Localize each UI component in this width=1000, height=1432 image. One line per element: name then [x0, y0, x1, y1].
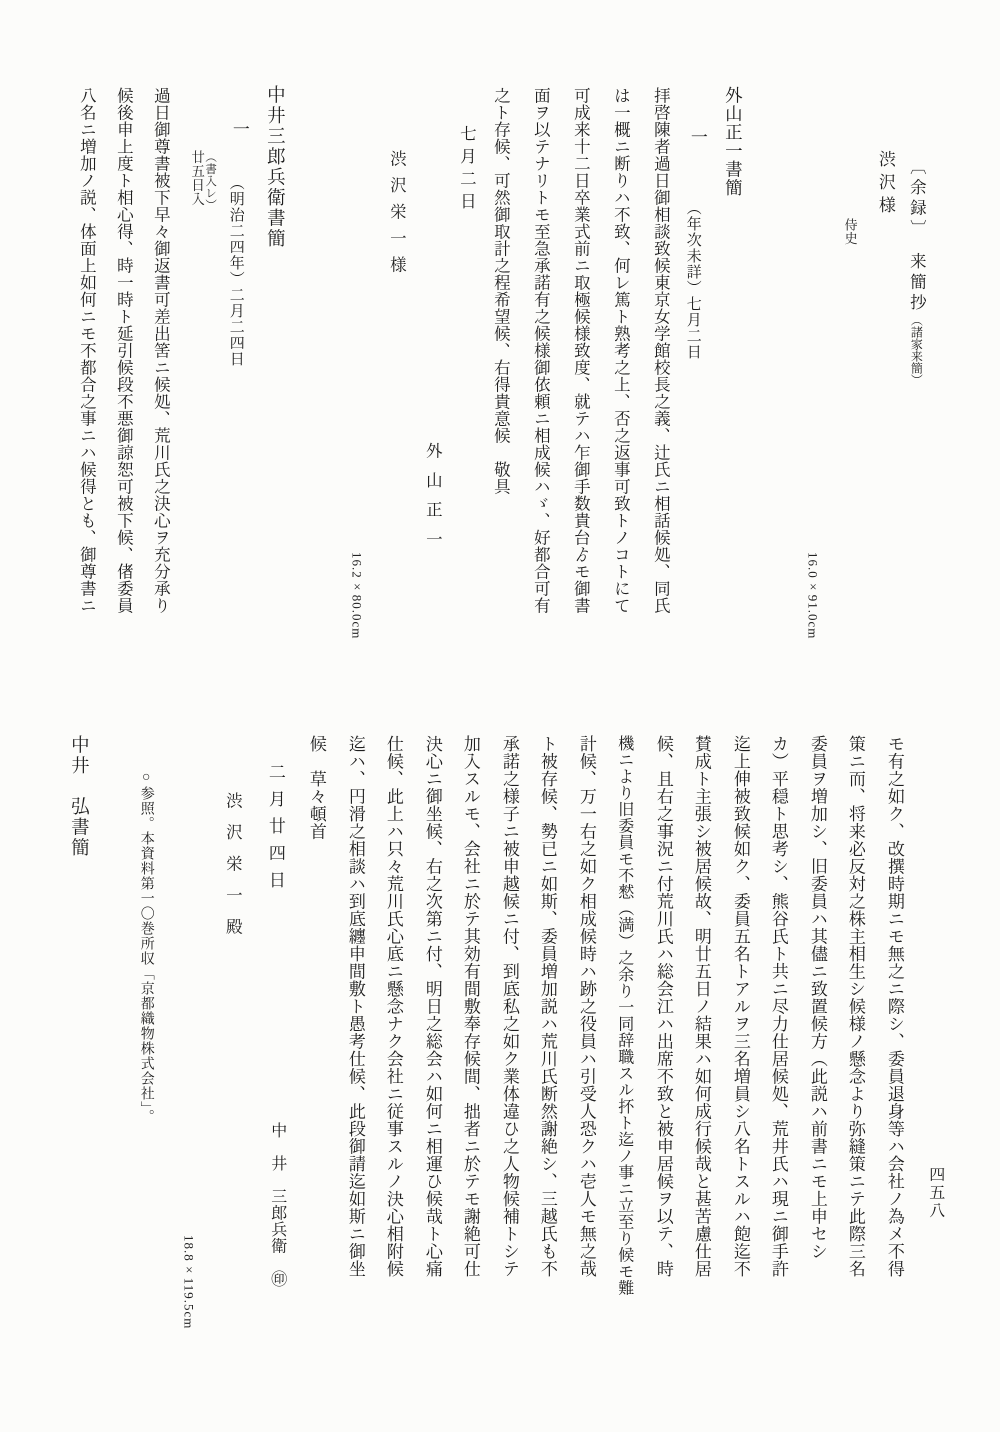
letter-body-line: 過日御尊書被下早々御返書可差出筈ニ候処、荒川氏之決心ヲ充分承り [152, 87, 169, 614]
letter-body-line: 承諾之様子ニ被申越候ニ付、到底私之如ク業体違ひ之人物候補トシテ [500, 735, 518, 1278]
running-head-sub: （諸家来簡） [909, 314, 923, 386]
letter-body-line: 計候、万一右之如ク相成候時ハ跡之役員ハ引受人恐クハ壱人モ無之哉 [577, 735, 595, 1278]
letter-body-line: 迄ハ、円滑之相談ハ到底纏申間敷ト愚考仕候、此段御請迄如斯ニ御坐 [346, 735, 364, 1278]
letter-body-line: モ有之如ク、改撰時期ニモ無之ニ際シ、委員退身等ハ会社ノ為メ不得 [885, 735, 903, 1278]
document-size-2: 16.2×80.0cm [350, 552, 364, 639]
section-heading-toyama: 外山正一書簡 [724, 86, 742, 197]
letter-body-line: 候後申上度ト相心得、時一時ト延引候段不悪御諒恕可被下候、偖委員 [115, 87, 132, 614]
letter-body-line: 迄上伸被致候如ク、委員五名トアルヲ三名増員シ八名トスルハ飽迄不 [731, 735, 749, 1278]
letter-body-line: 候、且右之事況ニ付荒川氏ハ総会江ハ出席不致と被申居候ヲ以テ、時 [654, 735, 672, 1278]
letter-body-line: 加入スルモ、会社ニ於テ其効有間敷奉存候間、拙者ニ於テモ謝絶可仕 [461, 735, 479, 1278]
nakai-letter-date: 二月廿四日 [266, 763, 284, 898]
nakai-letter-addressee: 渋沢栄一殿 [224, 792, 241, 950]
toyama-letter-addressee: 渋沢栄一様 [388, 150, 405, 283]
nakai-letter-dateline: （明治二四年）二月二四日 [227, 175, 243, 367]
letter-body-line: 委員ヲ増加シ、旧委員ハ其儘ニ致置候方（此説ハ前書ニモ上申セシ [808, 735, 826, 1260]
running-head-main: 〔余録〕 来簡抄 [907, 158, 926, 314]
letter-body-line: 賛成ト主張シ被居候故、明廿五日ノ結果ハ如何成行候哉と甚苦慮仕居 [692, 735, 710, 1278]
document-size-1: 16.0×91.0cm [806, 552, 820, 639]
letter-body-line: ト被存候、勢已ニ如斯、委員増加説ハ荒川氏断然謝絶シ、三越氏も不 [538, 735, 556, 1278]
letter-body-line: 決心ニ御坐候、右之次第ニ付、明日之総会ハ如何ニ相運ひ候哉ト心痛 [423, 735, 441, 1278]
letter-body-line: 面ヲ以テナリトモ至急承諾有之候様御依頼ニ相成候ハゞ、好都合可有 [532, 87, 549, 614]
letter-body-line: 策ニ而、将来必反対之株主相生シ候様ノ懸念より弥縫策ニテ此際三名 [846, 735, 864, 1278]
nakai-letter-number: 一 [230, 120, 248, 138]
letter-body-line: 之ト存候、可然御取計之程希望候、右得貴意候 敬具 [492, 87, 509, 495]
cover-recipient-honorific: 侍史 [843, 218, 857, 245]
letter-body-line: 可成来十二日卒業式前ニ取極候様致度、就テハ乍御手数貴台ゟモ御書 [572, 87, 589, 614]
letter-body-line: 候 草々頓首 [307, 735, 325, 840]
page-number: 四五八 [926, 1166, 943, 1220]
letter-body-line: カ）平穏ト思考シ、熊谷氏ト共ニ尽力仕居候処、荒井氏ハ現ニ御手許 [769, 735, 787, 1278]
toyama-letter-date: 七月二日 [458, 125, 475, 215]
cover-recipient: 渋沢様 [876, 150, 894, 219]
nakai-letter-note-label: （書入レ） [204, 151, 216, 211]
toyama-letter-dateline: （年次未詳）七月二日 [684, 200, 700, 360]
toyama-letter-number: 一 [688, 128, 706, 146]
toyama-letter-signer: 外山正一 [424, 442, 441, 560]
letter-body-line: 仕候、此上ハ只々荒川氏心底ニ懸念ナク会社ニ従事スルノ決心相附候 [384, 735, 402, 1278]
letter-body-line: 八名ニ増加ノ説、体面上如何ニモ不都合之事ニハ候得とも、御尊書ニ [78, 87, 95, 614]
reference-note: ○参照。本資料第一〇巻所収「京都織物株式会社」。 [138, 770, 153, 1124]
section-heading-nakai-hiroshi: 中井 弘書簡 [68, 735, 87, 858]
letter-body-line: 拝啓陳者過日御相談致候東京女学館校長之義、辻氏ニ相話候処、同氏 [652, 87, 669, 614]
letter-body-line: は一概ニ断りハ不致、何レ篤ト熟考之上、否之返事可致トノコトにて [612, 87, 629, 614]
running-head: 〔余録〕 来簡抄（諸家来簡） [908, 158, 925, 386]
nakai-letter-note-entry: 廿五日入 [189, 150, 203, 206]
section-heading-nakai-saburobei: 中井三郎兵衛書簡 [264, 85, 283, 249]
document-size-3: 18.8×119.5cm [182, 1235, 196, 1329]
book-page: 〔余録〕 来簡抄（諸家来簡） 渋沢様 侍史 16.0×91.0cm 外山正一書簡… [0, 0, 1000, 1432]
nakai-letter-signer: 中 井 三郎兵衛 ㊞ [268, 1122, 285, 1287]
letter-body-line: 機ニより旧委員モ不憖（満）之余り一同辞職スル抔ト迄ノ事ニ立至り候モ難 [615, 735, 632, 1296]
